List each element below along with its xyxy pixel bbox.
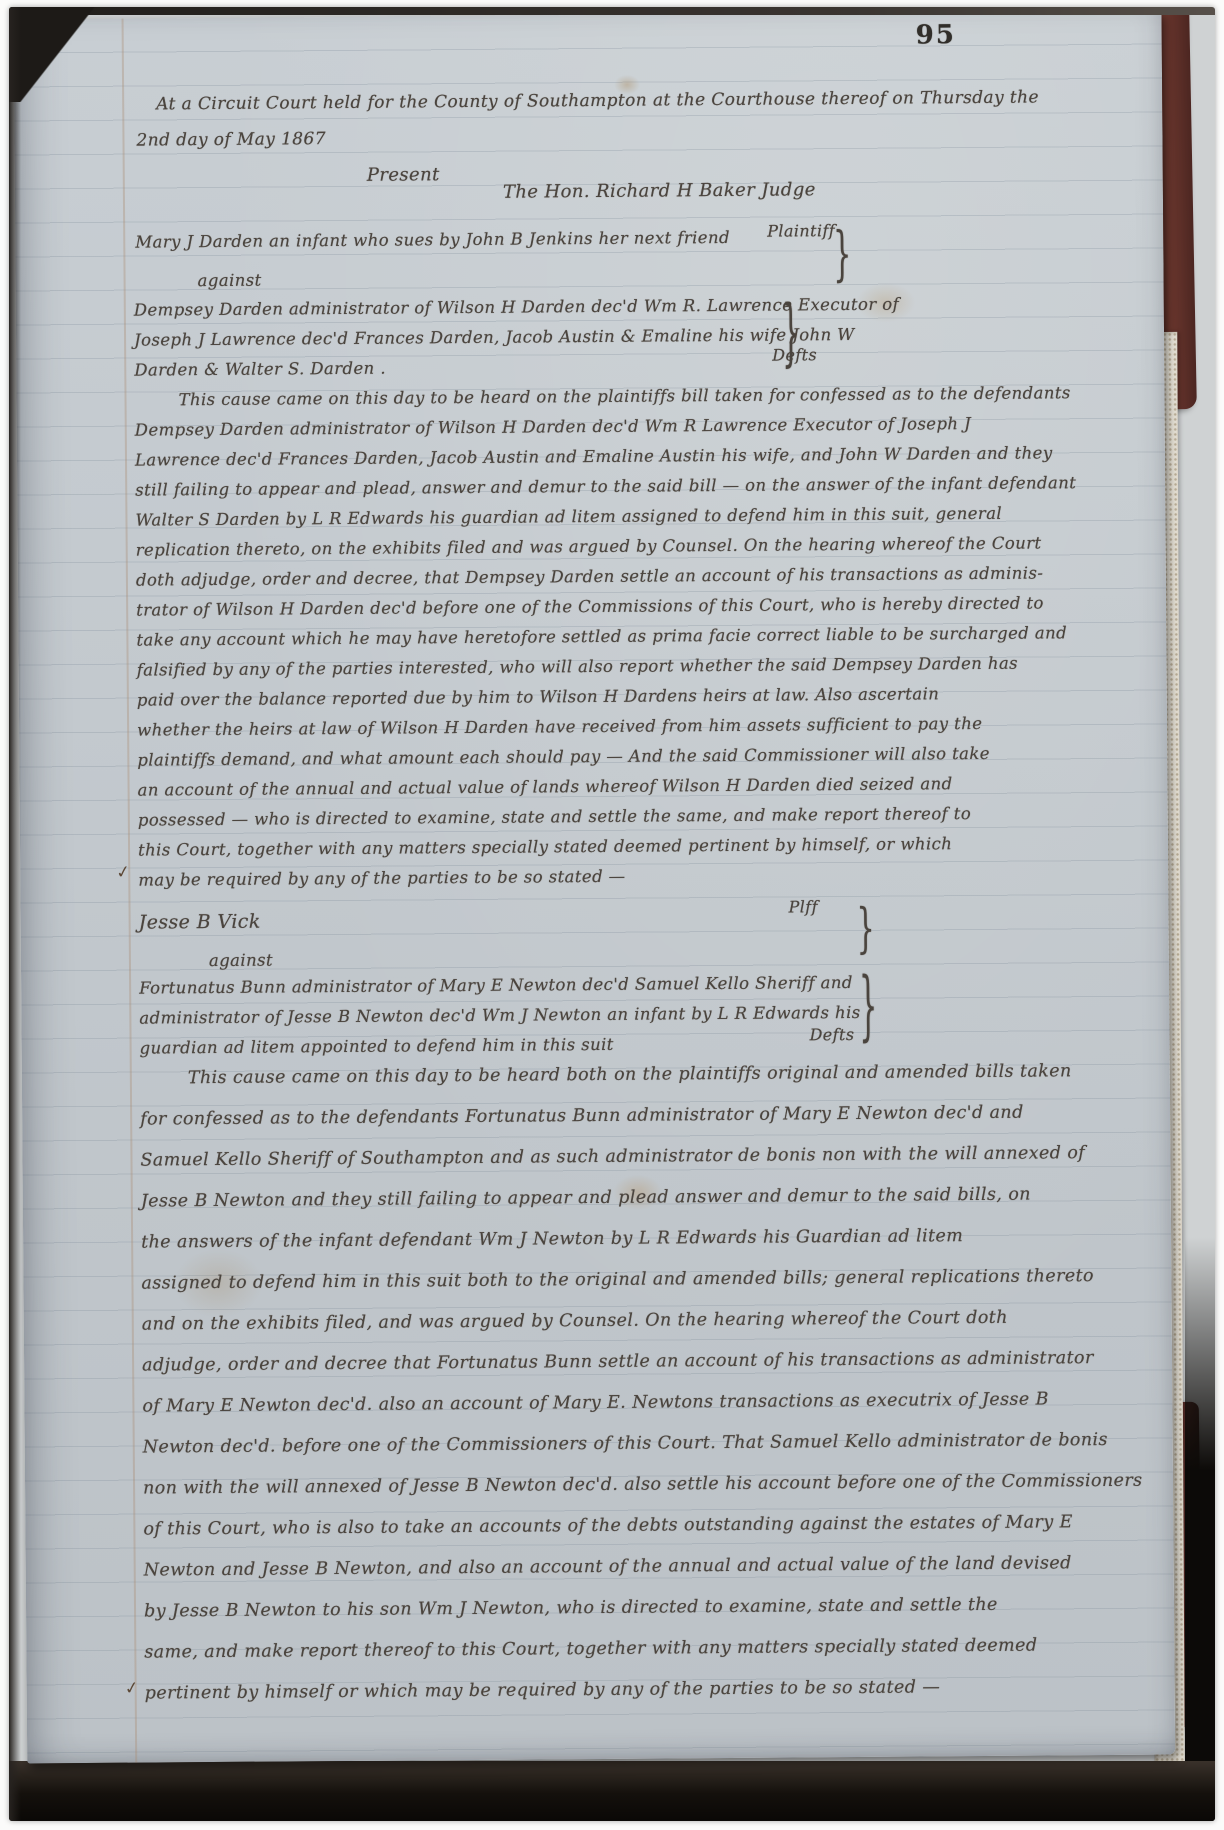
case2-defendant-label: Defts [809,1025,854,1044]
case2-plaintiff-label: Plff [788,897,817,916]
book-photo: 95 At a Circuit Court held for the Count… [9,7,1215,1821]
decree-line: may be required by any of the parties to… [138,863,1079,900]
case2-plaintiff-line: Jesse B Vick [139,911,261,934]
case1-versus-label: against [198,271,262,291]
judge-line: The Hon. Richard H Baker Judge [503,179,816,202]
ledger-page: 95 At a Circuit Court held for the Count… [14,11,1176,1764]
court-session-date: 2nd day of May 1867 [136,129,326,150]
background-corner [9,7,119,102]
photo-top-edge [9,7,1215,15]
table-surface [9,1761,1215,1821]
margin-checkmark: ✓ [123,1678,140,1700]
present-label: Present [367,164,440,186]
case2-versus-label: against [209,951,273,971]
case1-defendant-brace: } [782,289,801,375]
screenshot-root: { "page": { "number": "95", "checkmark":… [0,0,1224,1830]
case2-defendant-lines: Fortunatus Bunn administrator of Mary E … [139,973,861,1069]
case1-plaintiff-line: Mary J Darden an infant who sues by John… [135,228,730,252]
margin-rule-line [122,19,138,1763]
court-session-line: At a Circuit Court held for the County o… [156,87,1039,114]
case1-plaintiff-brace: } [833,219,851,288]
case2-defendant-brace: } [859,961,878,1050]
case2-decree-text: This cause came on this day to be heard … [140,1061,1145,1725]
margin-checkmark: ✓ [115,862,132,884]
decree-line: pertinent by himself or which may be req… [145,1676,1145,1725]
photo-left-edge [9,7,21,1821]
background-shadow-right [1185,1237,1215,1821]
case1-decree-text: This cause came on this day to be heard … [134,383,1079,900]
page-number: 95 [916,20,956,50]
case2-plaintiff-brace: } [856,897,874,960]
case1-plaintiff-label: Plaintiff [767,221,835,241]
